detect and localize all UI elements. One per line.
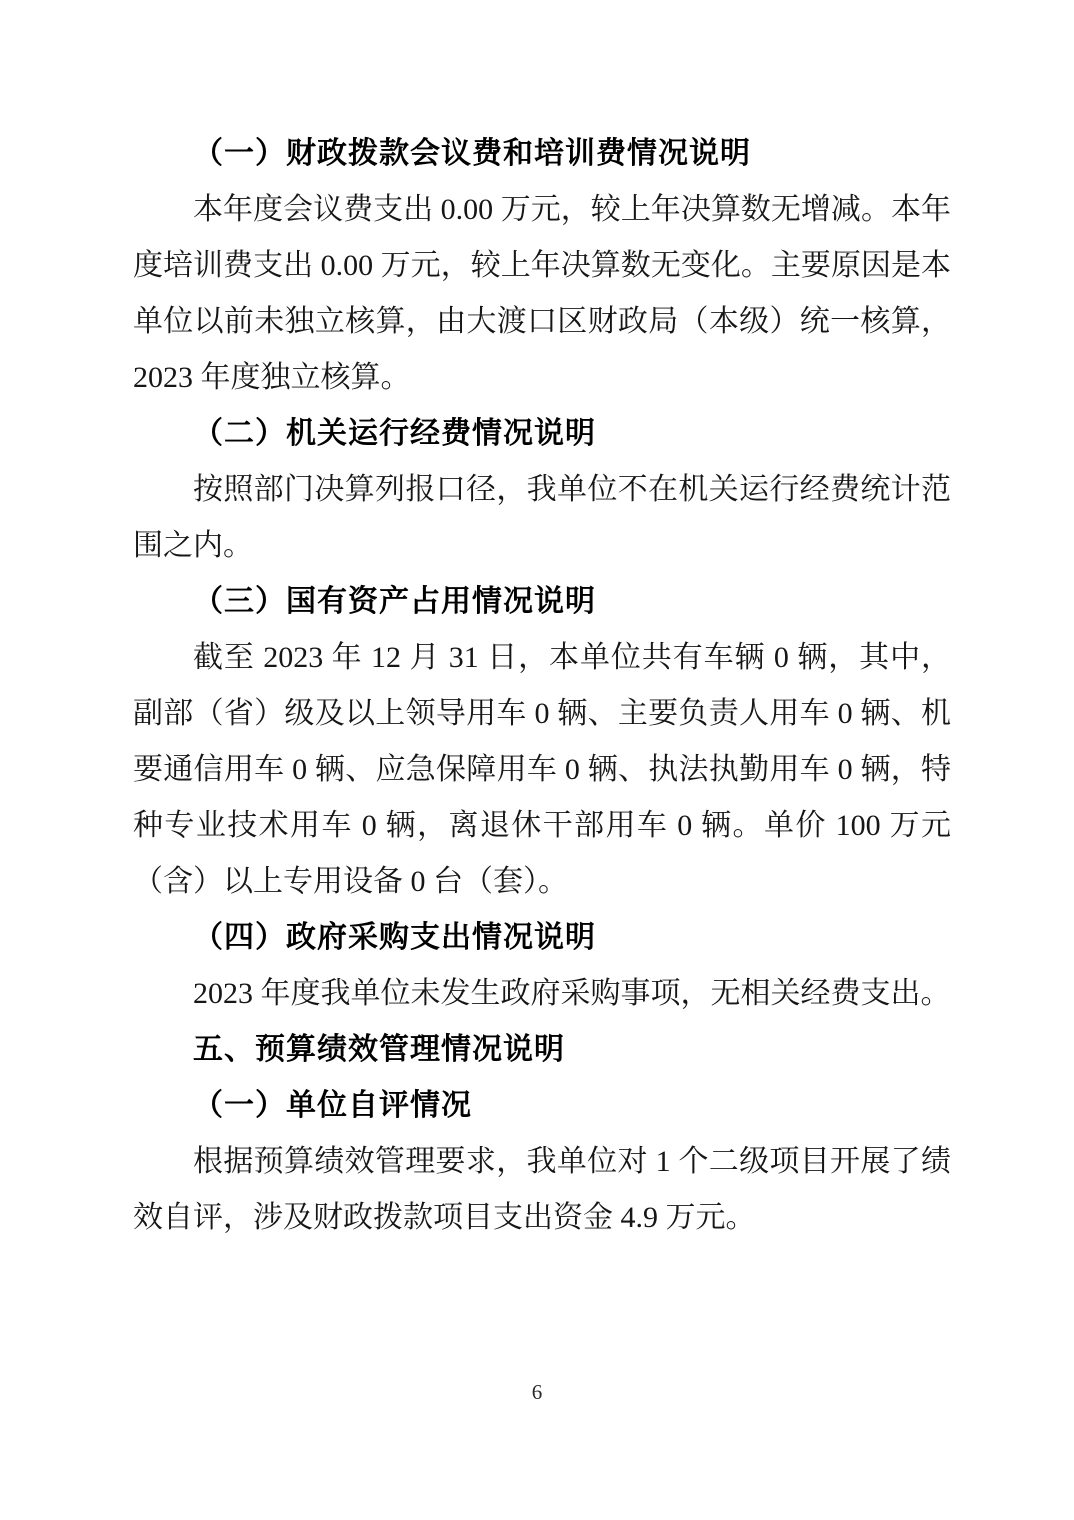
paragraph-unit-self-evaluation: 根据预算绩效管理要求，我单位对 1 个二级项目开展了绩效自评，涉及财政拨款项目支… bbox=[133, 1134, 951, 1246]
subheading-state-owned-assets: （三）国有资产占用情况说明 bbox=[133, 574, 951, 630]
subheading-agency-operating-expenses: （二）机关运行经费情况说明 bbox=[133, 406, 951, 462]
subheading-government-procurement: （四）政府采购支出情况说明 bbox=[133, 910, 951, 966]
paragraph-agency-operating-expenses: 按照部门决算列报口径，我单位不在机关运行经费统计范围之内。 bbox=[133, 462, 951, 574]
paragraph-meeting-training-fees: 本年度会议费支出 0.00 万元，较上年决算数无增减。本年度培训费支出 0.00… bbox=[133, 182, 951, 406]
document-page: （一）财政拨款会议费和培训费情况说明 本年度会议费支出 0.00 万元，较上年决… bbox=[0, 0, 1074, 1520]
paragraph-government-procurement: 2023 年度我单位未发生政府采购事项，无相关经费支出。 bbox=[133, 966, 951, 1022]
paragraph-state-owned-assets: 截至 2023 年 12 月 31 日，本单位共有车辆 0 辆，其中，副部（省）… bbox=[133, 630, 951, 910]
page-footer: 6 bbox=[0, 1380, 1074, 1405]
subheading-unit-self-evaluation: （一）单位自评情况 bbox=[133, 1078, 951, 1134]
subheading-fiscal-meeting-training-fees: （一）财政拨款会议费和培训费情况说明 bbox=[133, 126, 951, 182]
heading-budget-performance-management: 五、预算绩效管理情况说明 bbox=[133, 1022, 951, 1078]
document-body: （一）财政拨款会议费和培训费情况说明 本年度会议费支出 0.00 万元，较上年决… bbox=[133, 126, 951, 1246]
page-number: 6 bbox=[532, 1380, 543, 1404]
